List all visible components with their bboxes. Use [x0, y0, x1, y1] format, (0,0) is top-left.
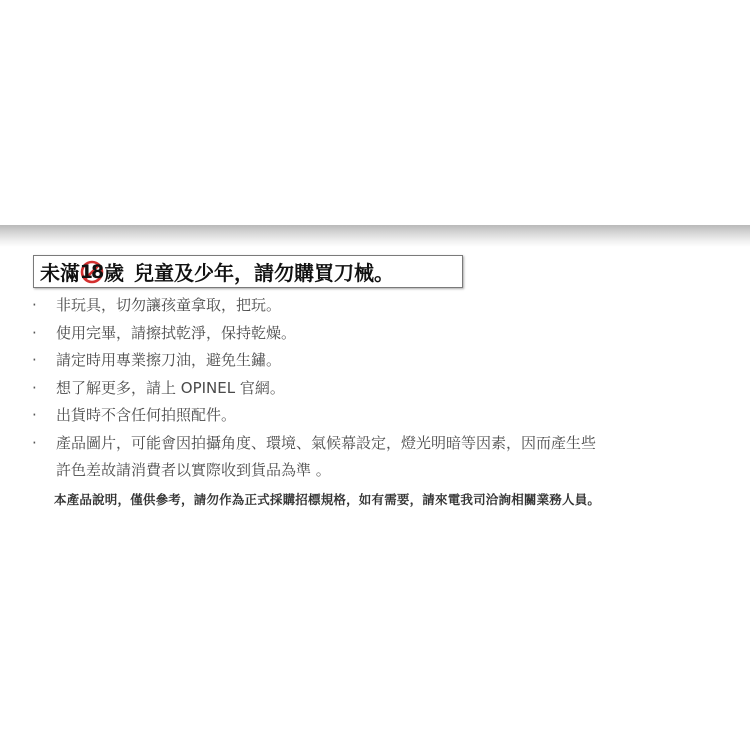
header-gradient-band	[0, 225, 750, 247]
disclaimer-text: 本產品說明，僅供參考，請勿作為正式採購招標規格，如有需要，請來電我司洽詢相關業務…	[54, 490, 600, 508]
list-item-text: 想了解更多，請上 OPINEL 官網。	[56, 375, 285, 403]
list-item-text: 許色差故請消費者以實際收到貨品為準 。	[32, 457, 331, 485]
list-item: ·非玩具，切勿讓孩童拿取，把玩。	[32, 292, 596, 320]
list-item: ·請定時用專業擦刀油，避免生鏽。	[32, 347, 596, 375]
list-item: ·想了解更多，請上 OPINEL 官網。	[32, 375, 596, 403]
bullet-icon: ·	[32, 402, 56, 430]
list-item: ·使用完畢，請擦拭乾淨，保持乾燥。	[32, 320, 596, 348]
list-item-text: 出貨時不含任何拍照配件。	[56, 402, 236, 430]
list-item-text: 請定時用專業擦刀油，避免生鏽。	[56, 347, 281, 375]
list-item: ·出貨時不含任何拍照配件。	[32, 402, 596, 430]
age-warning-banner: 未滿 18 歲 兒童及少年，請勿購買刀械。	[33, 255, 463, 288]
list-item: ·產品圖片，可能會因拍攝角度、環境、氣候幕設定，燈光明暗等因素，因而產生些	[32, 430, 596, 458]
list-item-continuation: 許色差故請消費者以實際收到貨品為準 。	[32, 457, 596, 485]
list-item-text: 產品圖片，可能會因拍攝角度、環境、氣候幕設定，燈光明暗等因素，因而產生些	[56, 430, 596, 458]
warning-message: 兒童及少年，請勿購買刀械。	[134, 257, 394, 286]
list-item-text: 使用完畢，請擦拭乾淨，保持乾燥。	[56, 320, 296, 348]
product-notes-list: ·非玩具，切勿讓孩童拿取，把玩。 ·使用完畢，請擦拭乾淨，保持乾燥。 ·請定時用…	[32, 292, 596, 485]
bullet-icon: ·	[32, 430, 56, 458]
bullet-icon: ·	[32, 347, 56, 375]
no-under-18-icon: 18	[80, 260, 104, 284]
list-item-text: 非玩具，切勿讓孩童拿取，把玩。	[56, 292, 281, 320]
age-number: 18	[80, 261, 102, 283]
warning-suffix: 歲	[104, 257, 124, 286]
bullet-icon: ·	[32, 375, 56, 403]
warning-prefix: 未滿	[40, 257, 80, 286]
bullet-icon: ·	[32, 292, 56, 320]
bullet-icon: ·	[32, 320, 56, 348]
